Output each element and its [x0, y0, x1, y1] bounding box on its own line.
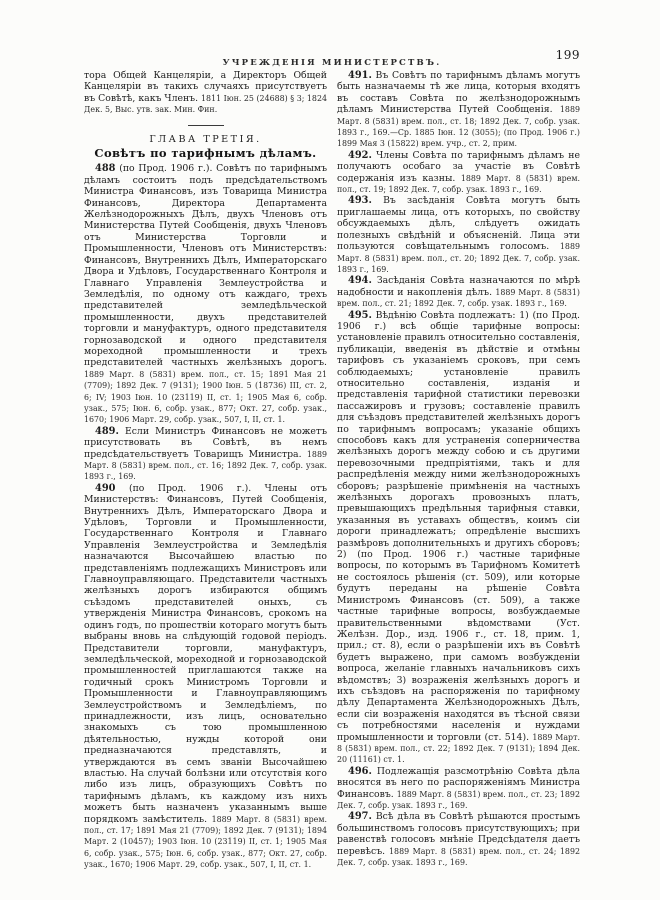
article-number: 491.: [348, 70, 372, 81]
chapter-subheading: Совѣтъ по тарифнымъ дѣламъ.: [84, 148, 327, 159]
article-494: 494. Засѣданія Совѣта назначаются по мѣр…: [337, 275, 580, 309]
article-491: 491. Въ Совѣтъ по тарифнымъ дѣламъ могут…: [337, 70, 580, 150]
article-497: 497. Всѣ дѣла въ Совѣтѣ рѣшаются простым…: [337, 811, 580, 868]
left-column: тора Общей Канцеляріи, а Директоръ Общей…: [84, 70, 327, 871]
article-body: Въ Совѣтъ по тарифнымъ дѣламъ могутъ быт…: [337, 70, 580, 115]
article-body: Если Министръ Финансовъ не можетъ присут…: [84, 426, 327, 460]
right-column: 491. Въ Совѣтъ по тарифнымъ дѣламъ могут…: [337, 70, 580, 871]
text-columns: тора Общей Канцеляріи, а Директоръ Общей…: [84, 70, 580, 871]
article-490: 490 (по Прод. 1906 г.). Члены отъ Минист…: [84, 483, 327, 871]
article-citation: 1889 Март. 8 (5831) врем. пол., ст. 15; …: [84, 370, 327, 425]
article-number: 493.: [348, 195, 372, 206]
article-body: (по Прод. 1906 г.). Совѣтъ по тарифнымъ …: [84, 163, 327, 368]
running-title: УЧРЕЖДЕНІЯ МИНИСТЕРСТВЪ.: [223, 58, 442, 68]
article-number: 495.: [348, 310, 372, 321]
chapter-heading: ГЛАВА ТРЕТІЯ.: [84, 134, 327, 145]
article-body: (по Прод. 1906 г.). Члены отъ Министерст…: [84, 483, 327, 825]
page-number: 199: [556, 48, 580, 62]
article-493: 493. Въ засѣданія Совѣта могутъ быть при…: [337, 195, 580, 275]
article-number: 489.: [95, 426, 119, 437]
article-488: 488 (по Прод. 1906 г.). Совѣтъ по тарифн…: [84, 163, 327, 425]
article-number: 496.: [348, 766, 372, 777]
article-489: 489. Если Министръ Финансовъ не можетъ п…: [84, 426, 327, 483]
article-body: Вѣдѣнію Совѣта подлежатъ: 1) (по Прод. 1…: [337, 310, 580, 743]
article-number: 494.: [348, 275, 372, 286]
article-number: 488: [95, 163, 115, 174]
article-495: 495. Вѣдѣнію Совѣта подлежатъ: 1) (по Пр…: [337, 310, 580, 766]
document-page: УЧРЕЖДЕНІЯ МИНИСТЕРСТВЪ. 199 тора Общей …: [0, 0, 660, 900]
article-number: 492.: [348, 150, 372, 161]
article-492: 492. Члены Совѣта по тарифнымъ дѣламъ не…: [337, 150, 580, 196]
article-496: 496. Подлежащія разсмотрѣнію Совѣта дѣла…: [337, 766, 580, 812]
article-number: 497.: [348, 811, 372, 822]
section-divider: [188, 125, 224, 126]
article-body: Въ засѣданія Совѣта могутъ быть приглаша…: [337, 195, 580, 252]
intro-paragraph: тора Общей Канцеляріи, а Директоръ Общей…: [84, 70, 327, 116]
article-number: 490: [95, 483, 115, 494]
running-header: УЧРЕЖДЕНІЯ МИНИСТЕРСТВЪ. 199: [84, 50, 580, 64]
